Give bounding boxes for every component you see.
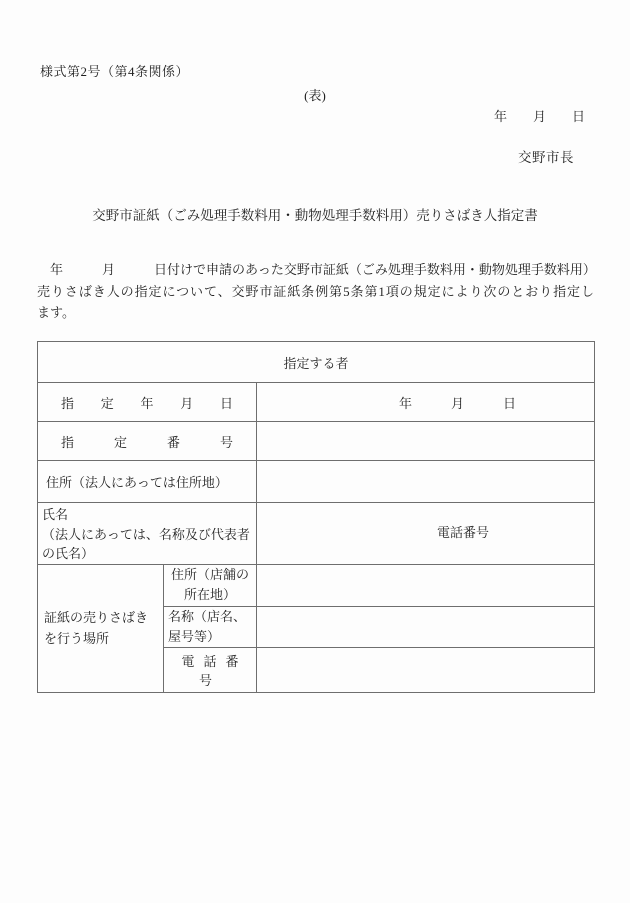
sales-place-label-line: を行う場所 [44, 628, 163, 649]
date-line: 年 月 日 [494, 106, 585, 125]
sales-place-label-cell: 証紙の売りさばき を行う場所 [38, 564, 164, 692]
shop-name-value-cell [257, 606, 595, 647]
designation-number-label-cell: 指定番号 [38, 422, 257, 461]
designation-date-label-cell: 指定年月日 [38, 383, 257, 422]
body-line: 売りさばき人の指定について、交野市証紙条例第5条第1項の規定により次のとおり指定… [37, 281, 594, 303]
shop-phone-value-cell [257, 647, 595, 692]
address-value-cell [257, 461, 595, 503]
shop-address-label-cell: 住所（店舗の 所在地） [164, 564, 257, 606]
name-label-line: 氏名 [42, 505, 253, 525]
phone-number-note: 電話番号 [437, 525, 489, 540]
shop-name-label-line: 名称（店名、 [168, 607, 256, 627]
shop-name-label-line: 屋号等） [168, 627, 256, 647]
designation-number-label: 指定番号 [61, 432, 233, 451]
address-label-cell: 住所（法人にあっては住所地） [38, 461, 257, 503]
form-number: 様式第2号（第4条関係） [40, 61, 189, 80]
name-label-line: （法人にあっては、名称及び代表者 [42, 525, 253, 545]
designation-table: 指定する者 指定年月日 年 月 日 指定番号 住所（法人にあっては住所地） 氏名… [37, 341, 595, 693]
name-label-cell: 氏名 （法人にあっては、名称及び代表者 の氏名） [38, 503, 257, 565]
shop-address-label-line: 所在地） [164, 585, 256, 605]
name-label-line: の氏名） [42, 544, 253, 564]
body-line: 年 月 日付けで申請のあった交野市証紙（ごみ処理手数料用・動物処理手数料用） [37, 259, 594, 281]
sales-place-label-line: 証紙の売りさばき [44, 607, 163, 628]
name-value-cell: 電話番号 [257, 503, 595, 565]
shop-address-label-line: 住所（店舗の [164, 565, 256, 585]
document-page: 様式第2号（第4条関係） (表) 年 月 日 交野市長 交野市証紙（ごみ処理手数… [0, 0, 630, 903]
body-paragraph: 年 月 日付けで申請のあった交野市証紙（ごみ処理手数料用・動物処理手数料用） 売… [37, 259, 594, 324]
shop-phone-label: 電話番号 [172, 654, 247, 688]
designation-date-value-cell: 年 月 日 [257, 383, 595, 422]
body-line: ます。 [37, 302, 594, 324]
designation-date-label: 指定年月日 [61, 393, 233, 412]
designation-number-value-cell [257, 422, 595, 461]
shop-address-value-cell [257, 564, 595, 606]
addressee-mayor: 交野市長 [518, 146, 574, 166]
shop-phone-label-cell: 電話番号 [164, 647, 257, 692]
table-header-cell: 指定する者 [38, 342, 595, 383]
document-title: 交野市証紙（ごみ処理手数料用・動物処理手数料用）売りさばき人指定書 [0, 204, 630, 224]
side-label: (表) [0, 85, 630, 104]
shop-name-label-cell: 名称（店名、 屋号等） [164, 606, 257, 647]
